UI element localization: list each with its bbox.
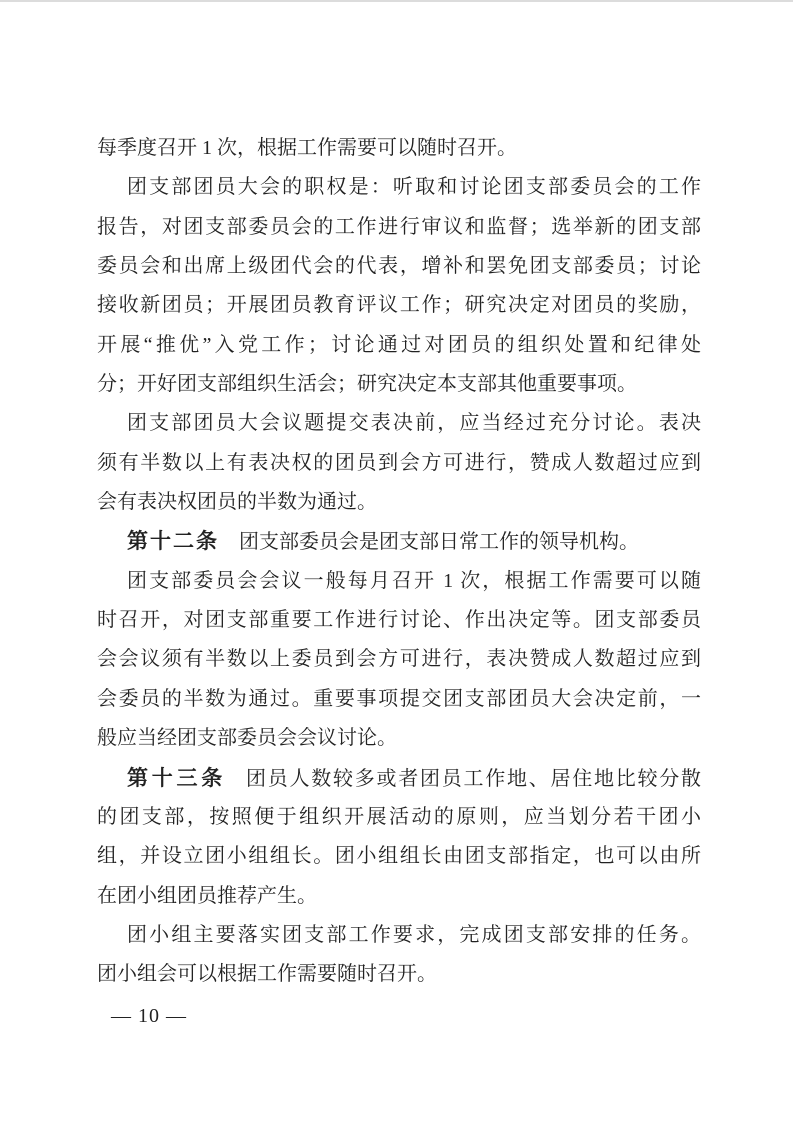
scan-edge-line [0, 0, 793, 2]
article-line: 第十二条团支部委员会是团支部日常工作的领导机构。 [97, 522, 701, 561]
paragraph-article-12: 第十二条团支部委员会是团支部日常工作的领导机构。 [97, 522, 701, 561]
text-line: 委员会和出席上级团代会的代表，增补和罢免团支部委员；讨论 [97, 247, 701, 286]
article-text: 团员人数较多或者团员工作地、居住地比较分散 [246, 768, 701, 790]
page-number: — 10 — [111, 1003, 187, 1029]
text-line: 会有表决权团员的半数为通过。 [97, 483, 701, 522]
text-line: 团支部团员大会的职权是：听取和讨论团支部委员会的工作 [97, 168, 701, 207]
text-line: 会委员的半数为通过。重要事项提交团支部团员大会决定前，一 [97, 680, 701, 719]
paragraph: 团支部团员大会议题提交表决前，应当经过充分讨论。表决 须有半数以上有表决权的团员… [97, 404, 701, 522]
paragraph: 团支部委员会会议一般每月召开 1 次，根据工作需要可以随 时召开，对团支部重要工… [97, 562, 701, 759]
text-line: 团支部委员会会议一般每月召开 1 次，根据工作需要可以随 [97, 562, 701, 601]
text-line: 报告，对团支部委员会的工作进行审议和监督；选举新的团支部 [97, 208, 701, 247]
text-line: 团支部团员大会议题提交表决前，应当经过充分讨论。表决 [97, 404, 701, 443]
text-line: 分；开好团支部组织生活会；研究决定本支部其他重要事项。 [97, 365, 701, 404]
text-line: 团小组会可以根据工作需要随时召开。 [97, 955, 701, 994]
paragraph: 每季度召开 1 次，根据工作需要可以随时召开。 [97, 129, 701, 168]
document-text-block: 每季度召开 1 次，根据工作需要可以随时召开。 团支部团员大会的职权是：听取和讨… [97, 129, 701, 995]
text-line: 般应当经团支部委员会会议讨论。 [97, 719, 701, 758]
paragraph-article-13: 第十三条团员人数较多或者团员工作地、居住地比较分散 的团支部，按照便于组织开展活… [97, 759, 701, 916]
paragraph: 团支部团员大会的职权是：听取和讨论团支部委员会的工作 报告，对团支部委员会的工作… [97, 168, 701, 404]
text-line: 组，并设立团小组组长。团小组组长由团支部指定，也可以由所 [97, 837, 701, 876]
article-number: 第十二条 [127, 530, 219, 553]
text-line: 时召开，对团支部重要工作进行讨论、作出决定等。团支部委员 [97, 601, 701, 640]
text-line: 每季度召开 1 次，根据工作需要可以随时召开。 [97, 129, 701, 168]
article-text: 团支部委员会是团支部日常工作的领导机构。 [239, 531, 639, 553]
text-line: 接收新团员；开展团员教育评议工作；研究决定对团员的奖励， [97, 286, 701, 325]
text-line: 须有半数以上有表决权的团员到会方可进行，赞成人数超过应到 [97, 444, 701, 483]
paragraph: 团小组主要落实团支部工作要求，完成团支部安排的任务。 团小组会可以根据工作需要随… [97, 916, 701, 995]
article-number: 第十三条 [127, 767, 226, 790]
text-line: 会会议须有半数以上委员到会方可进行，表决赞成人数超过应到 [97, 640, 701, 679]
text-line: 团小组主要落实团支部工作要求，完成团支部安排的任务。 [97, 916, 701, 955]
text-line: 在团小组团员推荐产生。 [97, 877, 701, 916]
document-page: 每季度召开 1 次，根据工作需要可以随时召开。 团支部团员大会的职权是：听取和讨… [0, 0, 793, 1122]
text-line: 的团支部，按照便于组织开展活动的原则，应当划分若干团小 [97, 798, 701, 837]
article-line: 第十三条团员人数较多或者团员工作地、居住地比较分散 [97, 759, 701, 798]
text-line: 开展“推优”入党工作；讨论通过对团员的组织处置和纪律处 [97, 326, 701, 365]
